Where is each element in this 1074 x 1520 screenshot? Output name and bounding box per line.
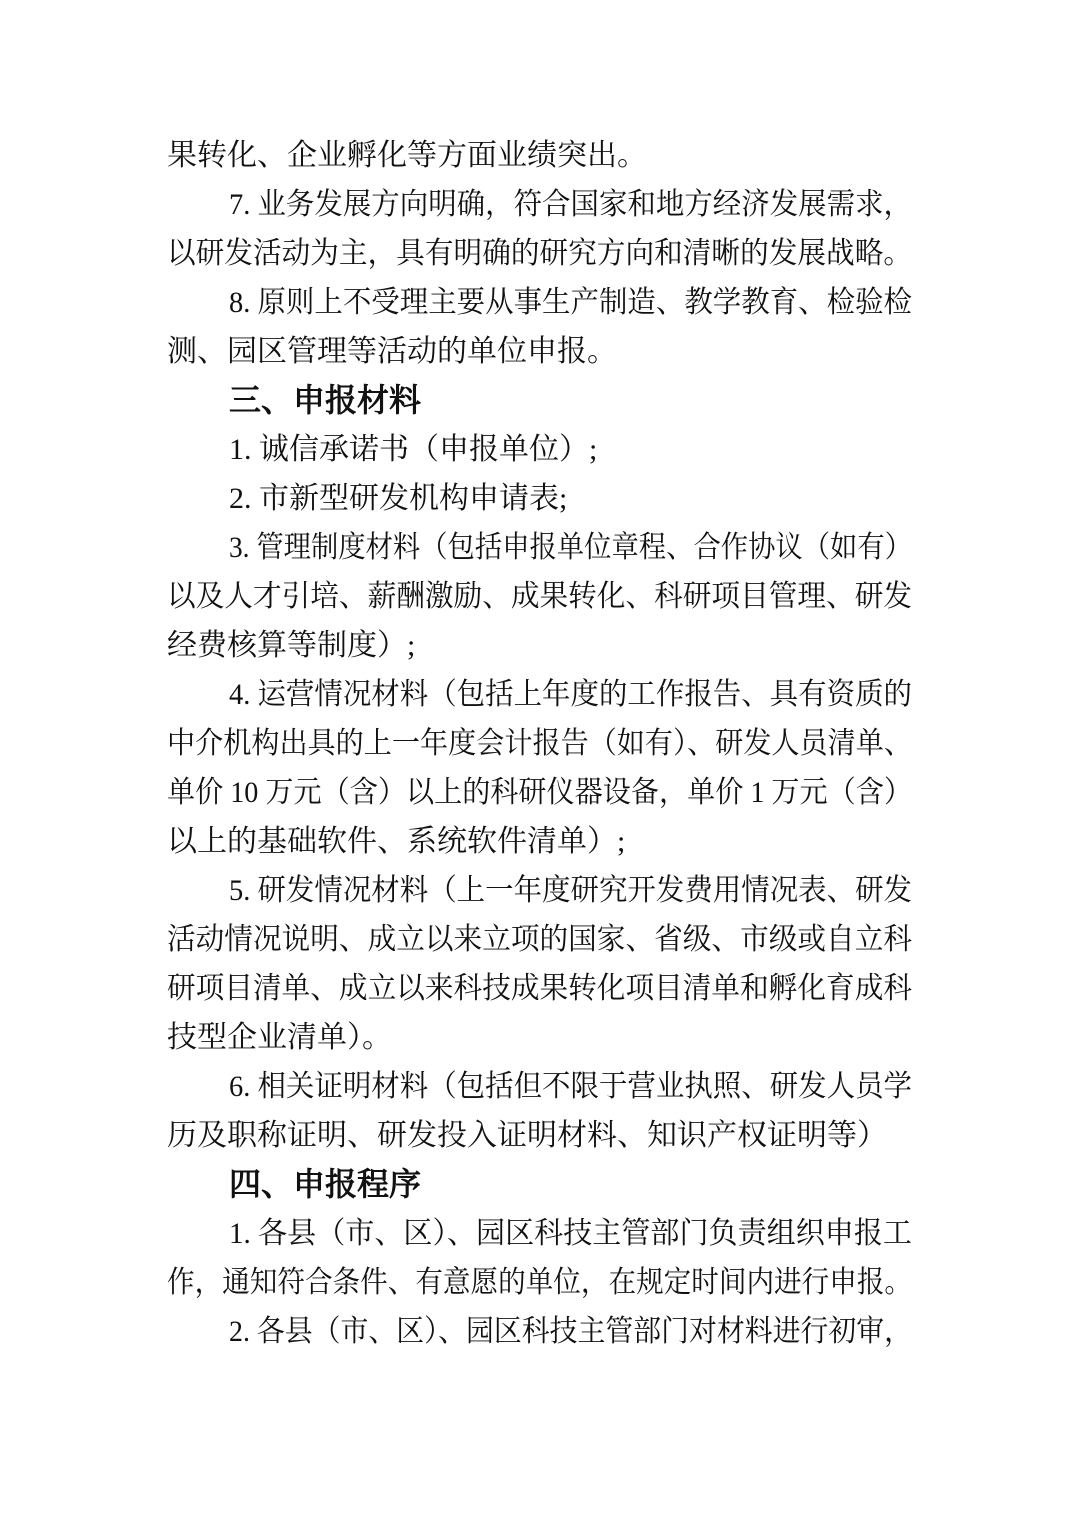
document-line: 历及职称证明、研发投入证明材料、知识产权证明等） [167,1111,912,1160]
line-text: 1. 各县（市、区）、园区科技主管部门负责组织申报工 [229,1209,912,1258]
line-text: 单价 10 万元（含）以上的科研仪器设备，单价 1 万元（含） [167,768,912,817]
line-text: 活动情况说明、成立以来立项的国家、省级、市级或自立科 [167,915,912,964]
line-text: 2. 各县（市、区）、园区科技主管部门对材料进行初审， [229,1307,912,1356]
document-line: 8. 原则上不受理主要从事生产制造、教学教育、检验检 [167,278,912,327]
line-text: 经费核算等制度）; [167,621,415,670]
line-text: 1. 诚信承诺书（申报单位）; [229,425,597,474]
document-body: 果转化、企业孵化等方面业绩突出。7. 业务发展方向明确，符合国家和地方经济发展需… [0,0,1074,1356]
document-line: 1. 诚信承诺书（申报单位）; [167,425,912,474]
document-line: 7. 业务发展方向明确，符合国家和地方经济发展需求， [167,180,912,229]
document-line: 活动情况说明、成立以来立项的国家、省级、市级或自立科 [167,915,912,964]
document-line: 技型企业清单）。 [167,1013,912,1062]
document-line: 4. 运营情况材料（包括上年度的工作报告、具有资质的 [167,670,912,719]
document-line: 研项目清单、成立以来科技成果转化项目清单和孵化育成科 [167,964,912,1013]
line-text: 测、园区管理等活动的单位申报。 [167,327,617,376]
line-text: 四、申报程序 [229,1160,421,1209]
line-text: 以上的基础软件、系统软件清单）; [167,817,625,866]
document-page: 果转化、企业孵化等方面业绩突出。7. 业务发展方向明确，符合国家和地方经济发展需… [0,0,1074,1520]
document-line: 以上的基础软件、系统软件清单）; [167,817,912,866]
line-text: 以及人才引培、薪酬激励、成果转化、科研项目管理、研发 [167,572,912,621]
line-text: 果转化、企业孵化等方面业绩突出。 [167,131,647,180]
line-text: 3. 管理制度材料（包括申报单位章程、合作协议（如有） [229,523,912,572]
document-line: 3. 管理制度材料（包括申报单位章程、合作协议（如有） [167,523,912,572]
line-text: 2. 市新型研发机构申请表; [229,474,567,523]
document-line: 2. 市新型研发机构申请表; [167,474,912,523]
section-heading: 三、申报材料 [167,376,912,425]
line-text: 7. 业务发展方向明确，符合国家和地方经济发展需求， [229,180,912,229]
document-line: 单价 10 万元（含）以上的科研仪器设备，单价 1 万元（含） [167,768,912,817]
document-line: 测、园区管理等活动的单位申报。 [167,327,912,376]
document-line: 作，通知符合条件、有意愿的单位，在规定时间内进行申报。 [167,1258,912,1307]
line-text: 技型企业清单）。 [167,1013,392,1062]
document-line: 以及人才引培、薪酬激励、成果转化、科研项目管理、研发 [167,572,912,621]
line-text: 三、申报材料 [229,376,421,425]
document-line: 1. 各县（市、区）、园区科技主管部门负责组织申报工 [167,1209,912,1258]
document-line: 果转化、企业孵化等方面业绩突出。 [167,131,912,180]
line-text: 4. 运营情况材料（包括上年度的工作报告、具有资质的 [229,670,912,719]
line-text: 历及职称证明、研发投入证明材料、知识产权证明等） [167,1111,887,1160]
document-line: 以研发活动为主，具有明确的研究方向和清晰的发展战略。 [167,229,912,278]
line-text: 5. 研发情况材料（上一年度研究开发费用情况表、研发 [229,866,912,915]
line-text: 研项目清单、成立以来科技成果转化项目清单和孵化育成科 [167,964,912,1013]
document-line: 中介机构出具的上一年度会计报告（如有）、研发人员清单、 [167,719,912,768]
document-line: 经费核算等制度）; [167,621,912,670]
line-text: 8. 原则上不受理主要从事生产制造、教学教育、检验检 [229,278,912,327]
section-heading: 四、申报程序 [167,1160,912,1209]
line-text: 中介机构出具的上一年度会计报告（如有）、研发人员清单、 [167,719,912,768]
document-line: 6. 相关证明材料（包括但不限于营业执照、研发人员学 [167,1062,912,1111]
line-text: 6. 相关证明材料（包括但不限于营业执照、研发人员学 [229,1062,912,1111]
line-text: 作，通知符合条件、有意愿的单位，在规定时间内进行申报。 [167,1258,912,1307]
document-line: 5. 研发情况材料（上一年度研究开发费用情况表、研发 [167,866,912,915]
document-line: 2. 各县（市、区）、园区科技主管部门对材料进行初审， [167,1307,912,1356]
line-text: 以研发活动为主，具有明确的研究方向和清晰的发展战略。 [167,229,912,278]
